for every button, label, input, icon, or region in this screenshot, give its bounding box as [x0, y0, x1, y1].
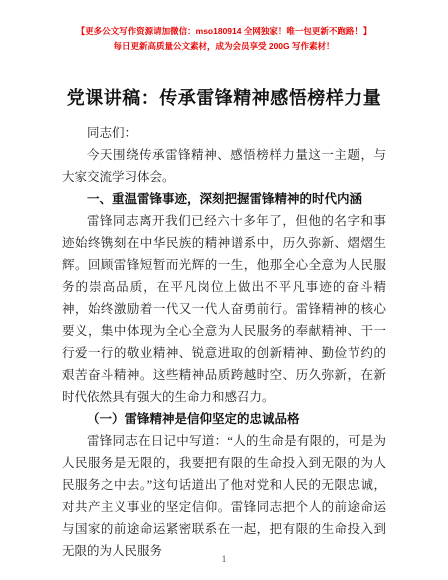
promo-line-1: 【更多公文写作资源请加微信：mso180914 全网独家！唯一包更新不跑路！】	[38, 24, 410, 39]
document-body: 同志们： 今天围绕传承雷锋精神、感悟榜样力量这一主题，与大家交流学习体会。 一、…	[62, 122, 386, 562]
document-title: 党课讲稿：传承雷锋精神感悟榜样力量	[48, 86, 400, 110]
promo-line-2: 每日更新高质量公文素材，成为会员享受 200G 写作素材！	[38, 39, 410, 54]
paragraph-intro: 今天围绕传承雷锋精神、感悟榜样力量这一主题，与大家交流学习体会。	[62, 144, 386, 188]
page-number: 1	[0, 554, 448, 564]
paragraph-salutation: 同志们：	[62, 122, 386, 144]
paragraph-section-1-body: 雷锋同志离开我们已经六十多年了，但他的名字和事迹始终镌刻在中华民族的精神谱系中，…	[62, 210, 386, 408]
subsection-heading-1: （一）雷锋精神是信仰坚定的忠诚品格	[62, 408, 386, 430]
document-page: 【更多公文写作资源请加微信：mso180914 全网独家！唯一包更新不跑路！】 …	[0, 0, 448, 580]
section-heading-1: 一、重温雷锋事迹，深刻把握雷锋精神的时代内涵	[62, 188, 386, 210]
paragraph-subsection-1-body: 雷锋同志在日记中写道：“人的生命是有限的，可是为人民服务是无限的，我要把有限的生…	[62, 430, 386, 562]
promo-banner: 【更多公文写作资源请加微信：mso180914 全网独家！唯一包更新不跑路！】 …	[38, 24, 410, 54]
